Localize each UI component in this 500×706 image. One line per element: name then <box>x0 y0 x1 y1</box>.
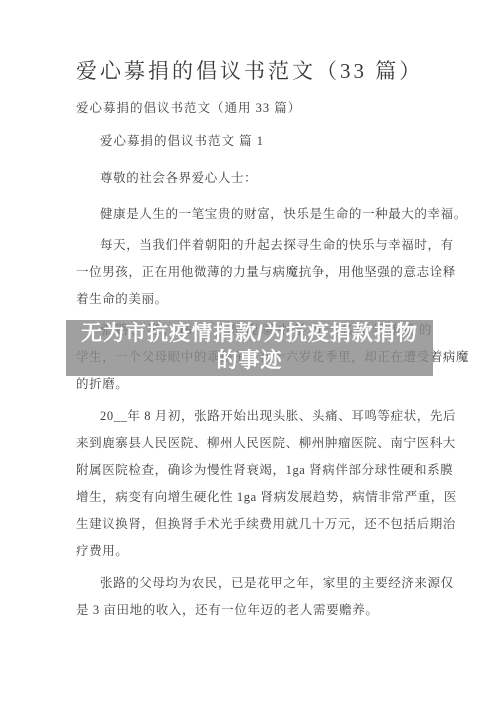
text-line: 是 3 亩田地的收入，还有一位年迈的老人需要赡养。 <box>76 597 432 624</box>
text-line: 疗费用。 <box>76 538 432 565</box>
text-line: 一位男孩，正在用他微薄的力量与病魔抗争，用他坚强的意志诠释 <box>76 259 432 286</box>
watermark-banner: 无为市抗疫情捐款/为抗疫捐款捐物 的事迹 <box>66 320 433 376</box>
document-page: 爱心募捐的倡议书范文（33 篇） 爱心募捐的倡议书范文（通用 33 篇） 爱心募… <box>0 0 500 706</box>
paragraph-family: 张路的父母均为农民，已是花甲之年，家里的主要经济来源仅 是 3 亩田地的收入，还… <box>76 570 432 624</box>
document-subtitle: 爱心募捐的倡议书范文（通用 33 篇） <box>76 100 432 117</box>
text-line: 每天，当我们伴着朝阳的升起去探寻生命的快乐与幸福时，有 <box>76 232 432 259</box>
watermark-title-line2: 的事迹 <box>66 347 433 374</box>
text-line: 尊敬的社会各界爱心人士： <box>76 165 432 192</box>
section-heading: 爱心募捐的倡议书范文 篇 1 <box>76 133 432 150</box>
text-line: 张路的父母均为农民，已是花甲之年，家里的主要经济来源仅 <box>76 570 432 597</box>
salutation-paragraph: 尊敬的社会各界爱心人士： <box>76 165 432 192</box>
text-line: 来到鹿寨县人民医院、柳州人民医院、柳州肿瘤医院、南宁医科大 <box>76 430 432 457</box>
paragraph-everyday: 每天，当我们伴着朝阳的升起去探寻生命的快乐与幸福时，有 一位男孩，正在用他微薄的… <box>76 232 432 313</box>
text-line: 着生命的美丽。 <box>76 286 432 313</box>
text-line: 健康是人生的一笔宝贵的财富，快乐是生命的一种最大的幸福。 <box>76 201 432 228</box>
text-line: 20__年 8 月初，张路开始出现头胀、头痛、耳鸣等症状，先后 <box>76 403 432 430</box>
text-line: 附属医院检查，确诊为慢性肾衰竭，1ga 肾病伴部分球性硬和系膜 <box>76 457 432 484</box>
document-title: 爱心募捐的倡议书范文（33 篇） <box>76 56 432 86</box>
paragraph-illness: 20__年 8 月初，张路开始出现头胀、头痛、耳鸣等症状，先后 来到鹿寨县人民医… <box>76 403 432 565</box>
paragraph-health: 健康是人生的一笔宝贵的财富，快乐是生命的一种最大的幸福。 <box>76 201 432 228</box>
text-line: 生建议换肾，但换肾手术光手续费用就几十万元，还不包括后期治 <box>76 511 432 538</box>
watermark-title-line1: 无为市抗疫情捐款/为抗疫捐款捐物 <box>66 320 433 347</box>
text-line: 增生，病变有向增生硬化性 1ga 肾病发展趋势，病情非常严重，医 <box>76 484 432 511</box>
